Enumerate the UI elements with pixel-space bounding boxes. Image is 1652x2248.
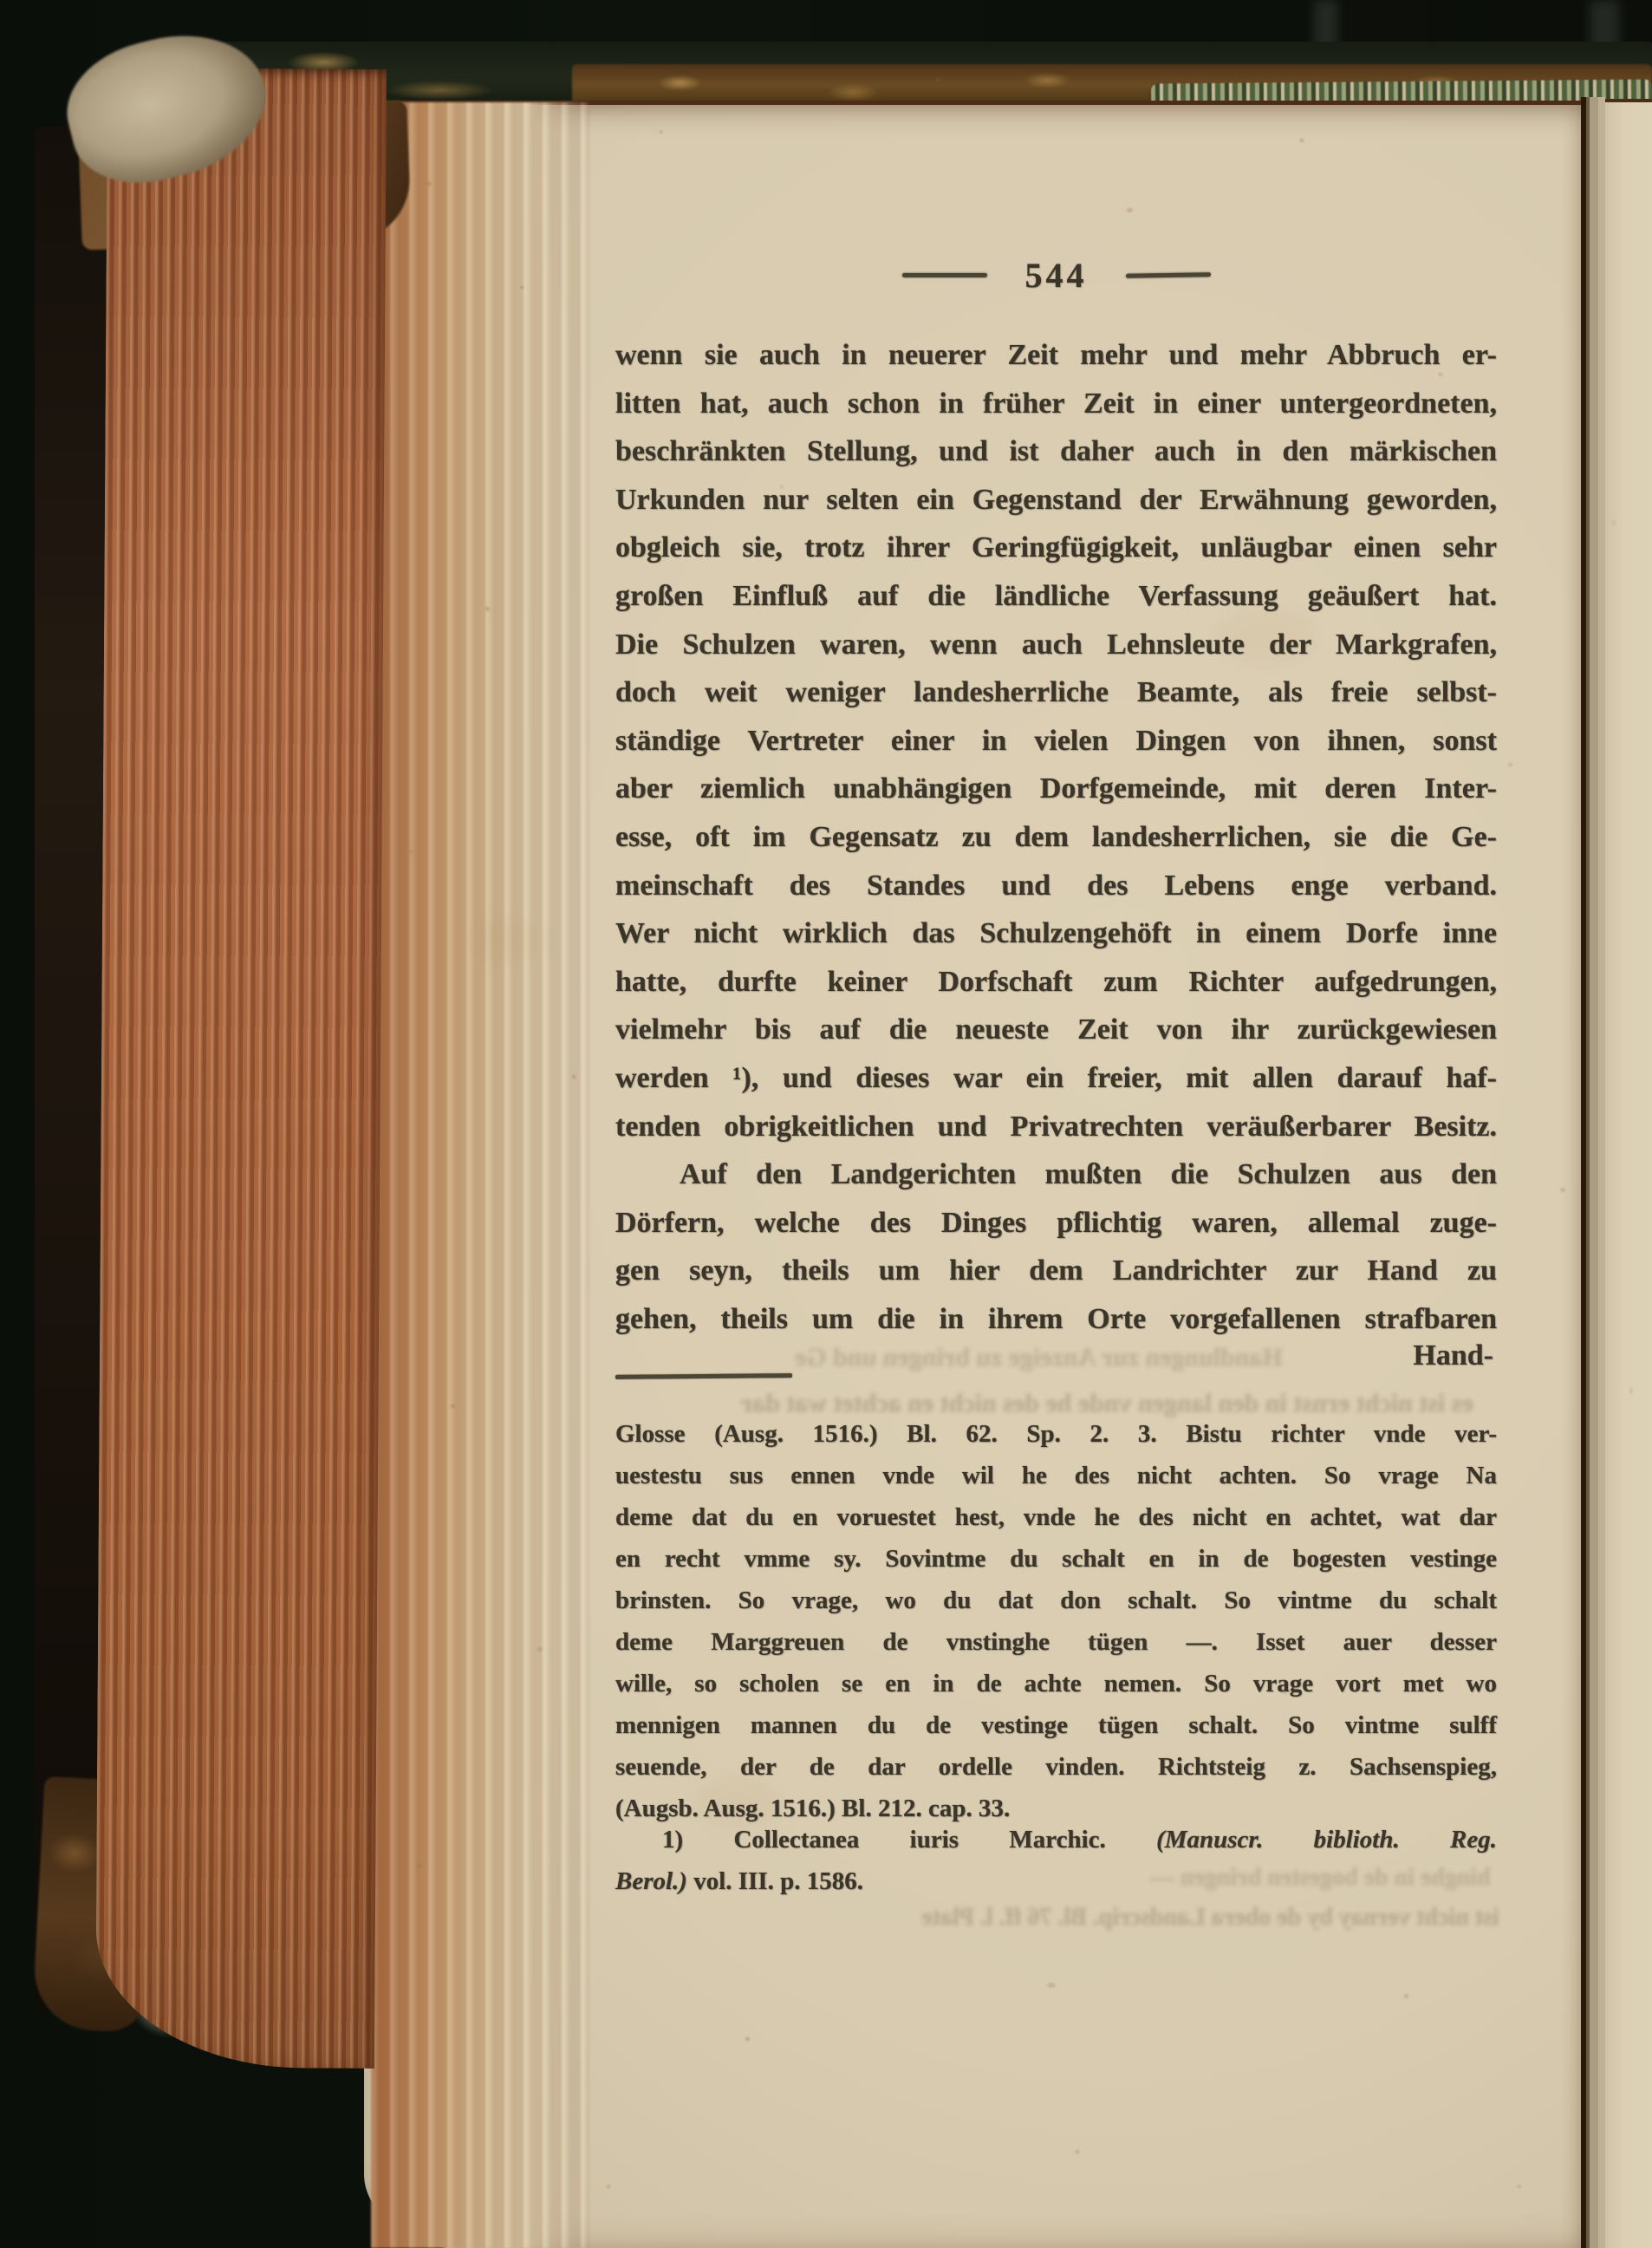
footnote-note1-italic: (Manuscr. biblioth. Reg. [1156, 1826, 1497, 1854]
paper-speck [1612, 520, 1616, 525]
stained-page-edges [95, 68, 387, 2069]
header-dash-right [1125, 272, 1210, 278]
footnote-line: mennigen mannen du de vestinge tügen sch… [615, 1706, 1497, 1746]
header-dash-left [902, 273, 987, 277]
body-line: Urkunden nur selten ein Gegenstand der E… [615, 479, 1497, 524]
catchword: Hand- [1413, 1339, 1493, 1372]
paper-speck [468, 919, 546, 962]
bleedthrough-line: es ist nicht ernst in den langen vnde he… [641, 1389, 1473, 1418]
footnote-line: uestestu sus ennen vnde wil he des nicht… [615, 1456, 1497, 1496]
body-line: tenden obrigkeitlichen und Privatrechten… [615, 1105, 1497, 1150]
paper-speck [520, 286, 524, 289]
body-line: obgleich sie, trotz ihrer Geringfügigkei… [615, 526, 1497, 571]
body-line: Wer nicht wirklich das Schulzengehöft in… [615, 912, 1497, 957]
footnote-note1-roman: 1) Collectanea iuris Marchic. [662, 1826, 1156, 1854]
bleedthrough-line: ist nicht vernay by de obera Landscrip. … [719, 1904, 1499, 1932]
body-line: Dörfern, welche des Dinges pflichtig war… [615, 1202, 1497, 1247]
footnote-line: en recht vmme sy. Sovintme du schalt en … [615, 1540, 1497, 1580]
page-edge-gap [1581, 97, 1605, 2248]
footnote-separator-rule [615, 1373, 792, 1379]
body-line: doch weit weniger landesherrliche Beamte… [615, 671, 1497, 716]
book-scan-photo: 544 wenn sie auch in neuerer Zeit mehr u… [0, 0, 1652, 2248]
footnote-note2-italic: Berol.) [615, 1867, 687, 1895]
footnote-note2-roman: vol. III. p. 1586. [687, 1867, 863, 1895]
body-line: Auf den Landgerichten mußten die Schulze… [615, 1153, 1497, 1198]
body-line: ständige Vertreter einer in vielen Dinge… [615, 720, 1497, 765]
paper-speck [1560, 1188, 1565, 1192]
footnote-line: deme dat du en voruestet hest, vnde he d… [615, 1498, 1497, 1538]
footnote-line: seuende, der de dar ordelle vinden. Rich… [615, 1748, 1497, 1788]
footnote-line: Glosse (Ausg. 1516.) Bl. 62. Sp. 2. 3. B… [615, 1415, 1497, 1455]
body-line: beschränkten Stellung, und ist daher auc… [615, 430, 1497, 475]
body-line: werden ¹), und dieses war ein freier, mi… [615, 1057, 1497, 1102]
footnote-line: brinsten. So vrage, wo du dat don schalt… [615, 1581, 1497, 1621]
page-number: 544 [1025, 255, 1088, 296]
footnote-line: wille, so scholen se en in de achte neme… [615, 1665, 1497, 1704]
body-line: litten hat, auch schon in früher Zeit in… [615, 382, 1497, 427]
footnote-line: deme Marggreuen de vnstinghe tügen —. Is… [615, 1623, 1497, 1663]
body-line: wenn sie auch in neuerer Zeit mehr und m… [615, 334, 1497, 379]
body-line: esse, oft im Gegensatz zu dem landesherr… [615, 816, 1497, 861]
bleedthrough-line: hinghe in de bogesten bringen — [1101, 1864, 1491, 1892]
paper-speck [485, 607, 490, 611]
body-line: vielmehr bis auf die neueste Zeit von ih… [615, 1008, 1497, 1053]
page-header: 544 [615, 253, 1497, 296]
paper-speck [1517, 2185, 1521, 2188]
body-line: gen seyn, theils um hier dem Landrichter… [615, 1249, 1497, 1294]
body-line: großen Einfluß auf die ländliche Verfass… [615, 575, 1497, 620]
paper-speck [1508, 763, 1512, 766]
body-line: gehen, theils um die in ihrem Orte vorge… [615, 1298, 1497, 1343]
paper-speck [407, 850, 414, 854]
paper-speck [572, 1075, 576, 1078]
paper-speck [537, 1647, 543, 1652]
footnote-line: 1) Collectanea iuris Marchic. (Manuscr. … [615, 1821, 1497, 1860]
body-line: aber ziemlich unabhängigen Dorfgemeinde,… [615, 767, 1497, 812]
paper-speck [416, 1864, 422, 1868]
next-page-edge [1605, 99, 1652, 2248]
paper-speck [607, 2185, 610, 2188]
paper-speck [1629, 1387, 1633, 1394]
bleedthrough-line: Handlungen zur Anzeige zu bringen und Ge [624, 1343, 1283, 1372]
printed-text-block: 544 wenn sie auch in neuerer Zeit mehr u… [615, 0, 1497, 2248]
paper-speck [426, 182, 432, 186]
paper-speck [451, 1404, 455, 1408]
body-line: Die Schulzen waren, wenn auch Lehnsleute… [615, 623, 1497, 668]
body-line: meinschaft des Standes und des Lebens en… [615, 864, 1497, 909]
body-line: hatte, durfte keiner Dorfschaft zum Rich… [615, 961, 1497, 1006]
